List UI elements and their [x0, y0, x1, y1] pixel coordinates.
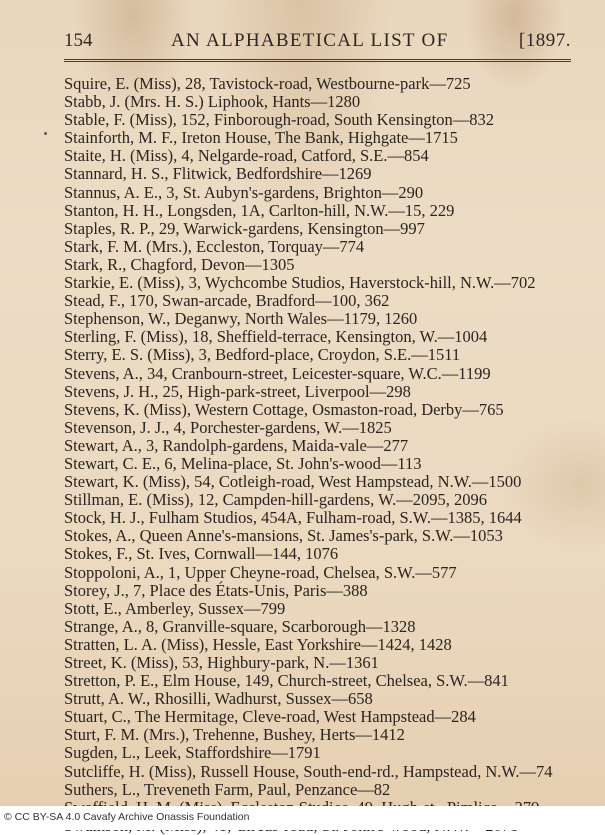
page-year: [1897.: [519, 30, 571, 52]
list-item: Stannus, A. E., 3, St. Aubyn's-gardens, …: [64, 184, 584, 202]
list-item: Stark, F. M. (Mrs.), Eccleston, Torquay—…: [64, 238, 584, 256]
list-item: Stanton, H. H., Longsden, 1A, Carlton-hi…: [64, 202, 584, 220]
list-item: Starkie, E. (Miss), 3, Wychcombe Studios…: [64, 274, 584, 292]
page-title: AN ALPHABETICAL LIST OF: [171, 30, 448, 52]
list-item: Strange, A., 8, Granville-square, Scarbo…: [64, 618, 584, 636]
footer-bar: © CC BY-SA 4.0 Cavafy Archive Onassis Fo…: [0, 806, 605, 830]
list-item: Staite, H. (Miss), 4, Nelgarde-road, Cat…: [64, 147, 584, 165]
list-item: Stable, F. (Miss), 152, Finborough-road,…: [64, 111, 584, 129]
list-item: Stott, E., Amberley, Sussex—799: [64, 600, 584, 618]
list-item: Stevens, A., 34, Cranbourn-street, Leice…: [64, 365, 584, 383]
list-item: Stewart, A., 3, Randolph-gardens, Maida-…: [64, 437, 584, 455]
list-item: Stewart, K. (Miss), 54, Cotleigh-road, W…: [64, 473, 584, 491]
list-item: Stewart, C. E., 6, Melina-place, St. Joh…: [64, 455, 584, 473]
list-item: Stabb, J. (Mrs. H. S.) Liphook, Hants—12…: [64, 93, 584, 111]
scanned-page: 154 AN ALPHABETICAL LIST OF [1897. Squir…: [0, 0, 605, 806]
list-item: Stuart, C., The Hermitage, Cleve-road, W…: [64, 708, 584, 726]
list-item: Suthers, L., Treveneth Farm, Paul, Penza…: [64, 781, 584, 799]
header-double-rule: [64, 59, 571, 62]
list-item: Strutt, A. W., Rhosilli, Wadhurst, Susse…: [64, 690, 584, 708]
list-item: Stannard, H. S., Flitwick, Bedfordshire—…: [64, 165, 584, 183]
list-item: Stretton, P. E., Elm House, 149, Church-…: [64, 672, 584, 690]
list-item: Stevenson, J. J., 4, Porchester-gardens,…: [64, 419, 584, 437]
list-item: Stratten, L. A. (Miss), Hessle, East Yor…: [64, 636, 584, 654]
list-item: Stevens, J. H., 25, High-park-street, Li…: [64, 383, 584, 401]
list-item: Sugden, L., Leek, Staffordshire—1791: [64, 744, 584, 762]
list-item: Squire, E. (Miss), 28, Tavistock-road, W…: [64, 75, 584, 93]
list-item: Stevens, K. (Miss), Western Cottage, Osm…: [64, 401, 584, 419]
list-item: Sterling, F. (Miss), 18, Sheffield-terra…: [64, 328, 584, 346]
list-item: Stephenson, W., Deganwy, North Wales—117…: [64, 310, 584, 328]
list-item: Stock, H. J., Fulham Studios, 454A, Fulh…: [64, 509, 584, 527]
page-number: 154: [64, 30, 93, 52]
list-item: Stainforth, M. F., Ireton House, The Ban…: [64, 129, 584, 147]
list-item: Stokes, F., St. Ives, Cornwall—144, 1076: [64, 545, 584, 563]
list-item: Staples, R. P., 29, Warwick-gardens, Ken…: [64, 220, 584, 238]
list-item: Stark, R., Chagford, Devon—1305: [64, 256, 584, 274]
list-item: Sutcliffe, H. (Miss), Russell House, Sou…: [64, 763, 584, 781]
list-item: Storey, J., 7, Place des États-Unis, Par…: [64, 582, 584, 600]
list-item: Stokes, A., Queen Anne's-mansions, St. J…: [64, 527, 584, 545]
list-item: Street, K. (Miss), 53, Highbury-park, N.…: [64, 654, 584, 672]
page-header: 154 AN ALPHABETICAL LIST OF [1897.: [64, 30, 571, 54]
margin-mark: [44, 132, 47, 135]
list-item: Stead, F., 170, Swan-arcade, Bradford—10…: [64, 292, 584, 310]
list-item: Stillman, E. (Miss), 12, Campden-hill-ga…: [64, 491, 584, 509]
list-item: Sturt, F. M. (Mrs.), Trehenne, Bushey, H…: [64, 726, 584, 744]
entry-list: Squire, E. (Miss), 28, Tavistock-road, W…: [64, 75, 584, 830]
list-item: Stoppoloni, A., 1, Upper Cheyne-road, Ch…: [64, 564, 584, 582]
license-credit: © CC BY-SA 4.0 Cavafy Archive Onassis Fo…: [4, 811, 249, 823]
list-item: Sterry, E. S. (Miss), 3, Bedford-place, …: [64, 346, 584, 364]
